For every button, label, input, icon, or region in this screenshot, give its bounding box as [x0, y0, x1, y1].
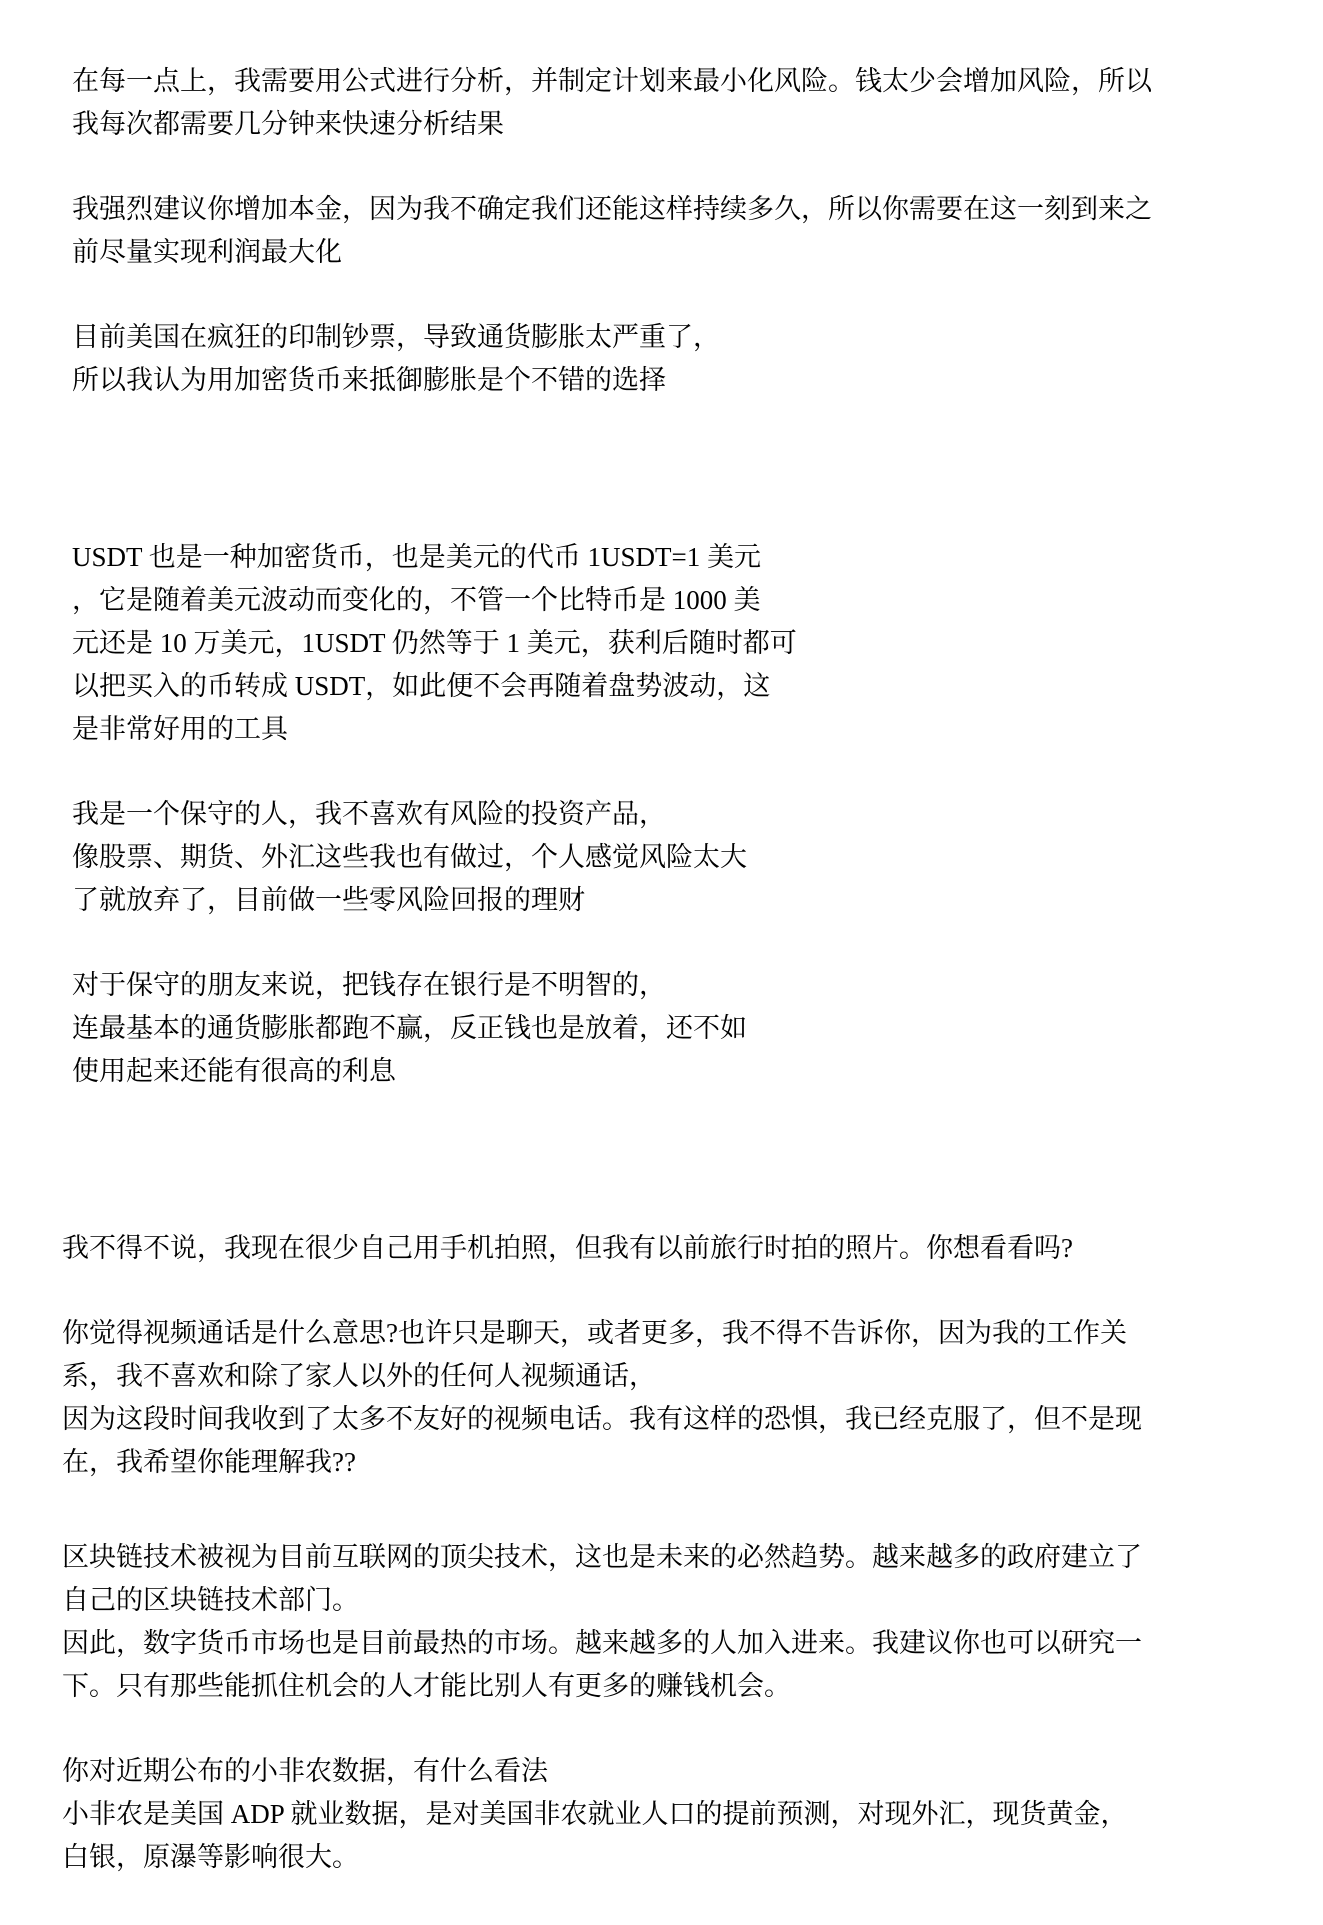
paragraph-blockchain: 区块链技术被视为目前互联网的顶尖技术，这也是未来的必然趋势。越来越多的政府建立了… [62, 1536, 1253, 1708]
text-line: 元还是 10 万美元，1USDT 仍然等于 1 美元，获利后随时都可 [72, 622, 1253, 665]
text-line: 你对近期公布的小非农数据，有什么看法 [62, 1750, 1253, 1793]
text-line: 了就放弃了，目前做一些零风险回报的理财 [72, 879, 1253, 922]
text-line: 系，我不喜欢和除了家人以外的任何人视频通话， [62, 1355, 1253, 1398]
text-line: 使用起来还能有很高的利息 [72, 1050, 1253, 1093]
text-line: 以把买入的币转成 USDT，如此便不会再随着盘势波动，这 [72, 665, 1253, 708]
text-line: 我是一个保守的人，我不喜欢有风险的投资产品， [72, 793, 1253, 836]
text-line: 对于保守的朋友来说，把钱存在银行是不明智的， [72, 964, 1253, 1007]
paragraph-bank-savings: 对于保守的朋友来说，把钱存在银行是不明智的， 连最基本的通货膨胀都跑不赢，反正钱… [72, 964, 1253, 1093]
text-line: 在每一点上，我需要用公式进行分析，并制定计划来最小化风险。钱太少会增加风险，所以 [72, 60, 1253, 103]
text-line: 我每次都需要几分钟来快速分析结果 [72, 103, 1253, 146]
text-line: ，它是随着美元波动而变化的，不管一个比特币是 1000 美 [72, 579, 1253, 622]
text-line: 前尽量实现利润最大化 [72, 231, 1253, 274]
paragraph-video-call: 你觉得视频通话是什么意思?也许只是聊天，或者更多，我不得不告诉你，因为我的工作关… [62, 1312, 1253, 1484]
text-line: 白银，原瀑等影响很大。 [62, 1836, 1253, 1879]
text-line: 连最基本的通货膨胀都跑不赢，反正钱也是放着，还不如 [72, 1007, 1253, 1050]
document-page: 在每一点上，我需要用公式进行分析，并制定计划来最小化风险。钱太少会增加风险，所以… [0, 0, 1323, 1925]
text-line: 目前美国在疯狂的印制钞票，导致通货膨胀太严重了， [72, 316, 1253, 359]
text-line: 下。只有那些能抓住机会的人才能比别人有更多的赚钱机会。 [62, 1665, 1253, 1708]
text-line: USDT 也是一种加密货币，也是美元的代币 1USDT=1 美元 [72, 536, 1253, 579]
text-line: 所以我认为用加密货币来抵御膨胀是个不错的选择 [72, 359, 1253, 402]
paragraph-conservative-investor: 我是一个保守的人，我不喜欢有风险的投资产品， 像股票、期货、外汇这些我也有做过，… [72, 793, 1253, 922]
text-line: 是非常好用的工具 [72, 708, 1253, 751]
text-line: 像股票、期货、外汇这些我也有做过，个人感觉风险太大 [72, 836, 1253, 879]
text-line: 在，我希望你能理解我?? [62, 1441, 1253, 1484]
paragraph-photos: 我不得不说，我现在很少自己用手机拍照，但我有以前旅行时拍的照片。你想看看吗? [62, 1227, 1253, 1270]
text-line: 自己的区块链技术部门。 [62, 1579, 1253, 1622]
paragraph-adp-data: 你对近期公布的小非农数据，有什么看法 小非农是美国 ADP 就业数据，是对美国非… [62, 1750, 1253, 1879]
text-line: 小非农是美国 ADP 就业数据，是对美国非农就业人口的提前预测，对现外汇，现货黄… [62, 1793, 1253, 1836]
text-line: 因此，数字货币市场也是目前最热的市场。越来越多的人加入进来。我建议你也可以研究一 [62, 1622, 1253, 1665]
text-line: 因为这段时间我收到了太多不友好的视频电话。我有这样的恐惧，我已经克服了，但不是现 [62, 1398, 1253, 1441]
paragraph-usdt-explainer: USDT 也是一种加密货币，也是美元的代币 1USDT=1 美元 ，它是随着美元… [72, 536, 1253, 751]
text-line: 我强烈建议你增加本金，因为我不确定我们还能这样持续多久，所以你需要在这一刻到来之 [72, 188, 1253, 231]
paragraph-increase-principal: 我强烈建议你增加本金，因为我不确定我们还能这样持续多久，所以你需要在这一刻到来之… [72, 188, 1253, 274]
text-line: 我不得不说，我现在很少自己用手机拍照，但我有以前旅行时拍的照片。你想看看吗? [62, 1227, 1253, 1270]
paragraph-inflation: 目前美国在疯狂的印制钞票，导致通货膨胀太严重了， 所以我认为用加密货币来抵御膨胀… [72, 316, 1253, 402]
text-line: 区块链技术被视为目前互联网的顶尖技术，这也是未来的必然趋势。越来越多的政府建立了 [62, 1536, 1253, 1579]
text-line: 你觉得视频通话是什么意思?也许只是聊天，或者更多，我不得不告诉你，因为我的工作关 [62, 1312, 1253, 1355]
paragraph-analysis-risk: 在每一点上，我需要用公式进行分析，并制定计划来最小化风险。钱太少会增加风险，所以… [72, 60, 1253, 146]
